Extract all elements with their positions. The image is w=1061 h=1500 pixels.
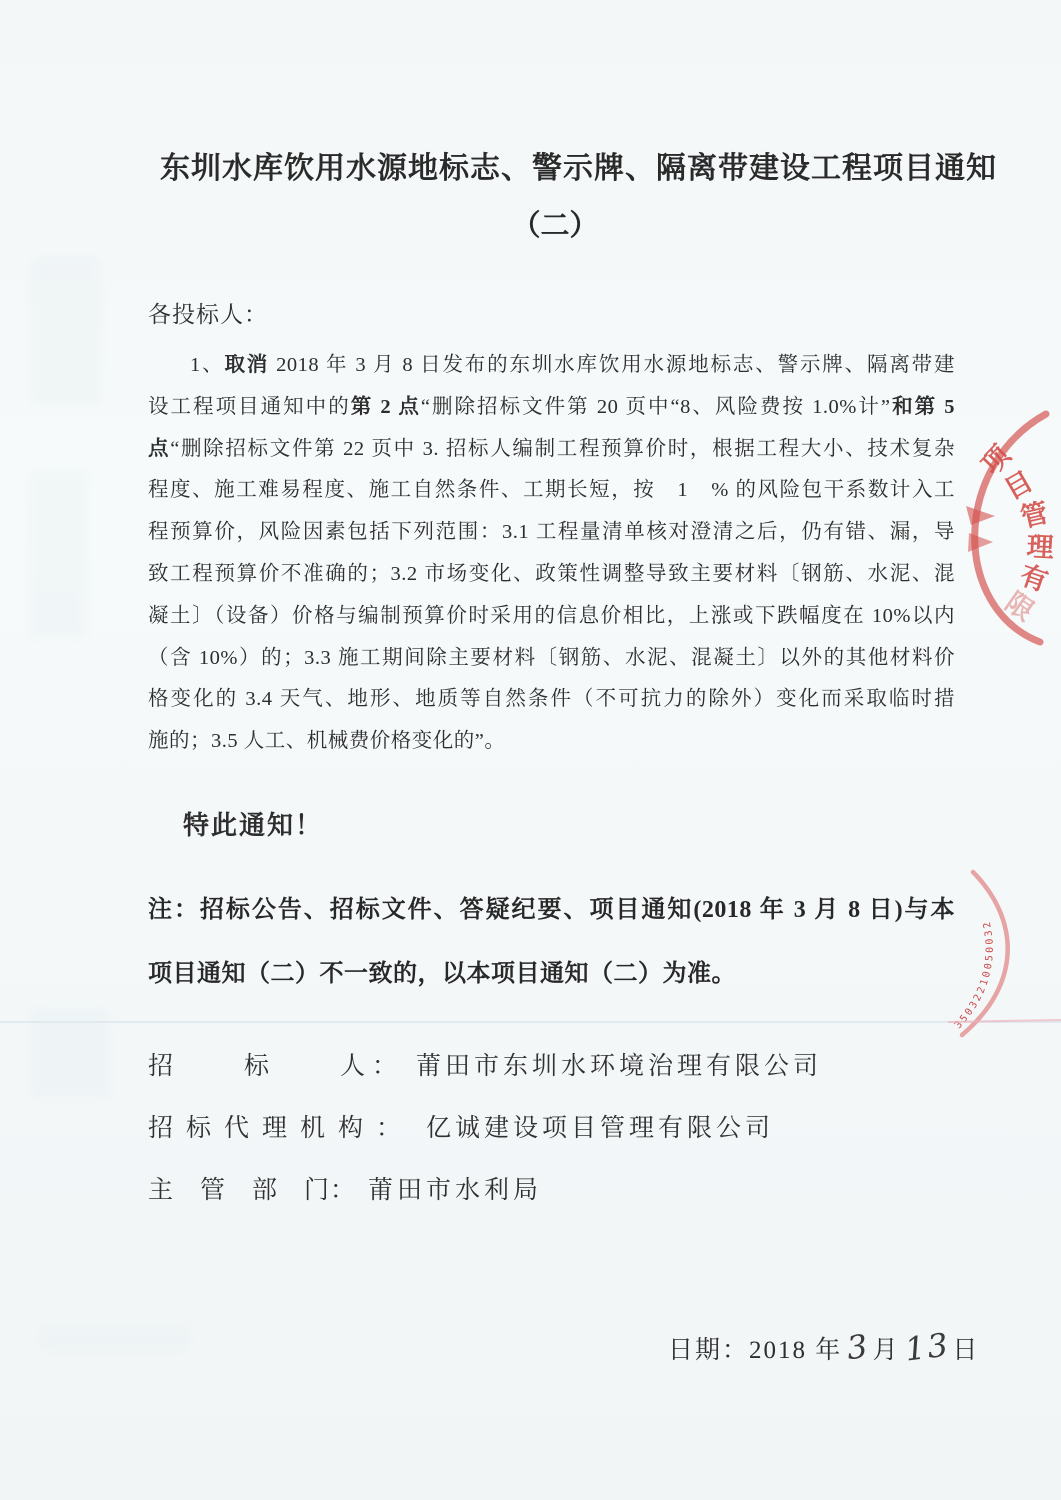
body-line-5: 程预算价，风险因素包括下列范围：3.1 工程量清单核对澄清之后，仍有错、漏，导 [148,512,955,554]
body-line-7: 凝土〕（设备）价格与编制预算价时采用的信息价相比，上涨或下跌幅度在 10%以内 [148,596,955,638]
bleed-through-smudge [30,255,102,405]
tenderee-row: 招 标 人：莆田市东圳水环境治理有限公司 [148,1046,822,1082]
body-line-8: （含 10%）的；3.3 施工期间除主要材料〔钢筋、水泥、混凝土〕以外的其他材料… [148,638,955,680]
body-line-9: 格变化的 3.4 天气、地形、地质等自然条件（不可抗力的除外）变化而采取临时措 [148,679,955,721]
seal-char: 理 [1026,532,1055,563]
date-line: 日期：2018 年3月13日 [668,1330,979,1366]
project-management-seal-stamp: 项 目 管 理 有 限 [950,402,1061,647]
emphasis-cancel: 取消 [224,354,269,376]
agency-row: 招标代理机构：亿诚建设项目管理有限公司 [148,1108,774,1144]
seal-registration-number: 35032210050032 [953,918,996,1031]
tenderee-value: 莆田市东圳水环境治理有限公司 [416,1053,822,1080]
hereby-notice: 特此通知！ [183,805,323,842]
body-line-1: 1、取消 2018 年 3 月 8 日发布的东圳水库饮用水源地标志、警示牌、隔离… [148,345,955,387]
bleed-through-smudge [28,470,88,640]
note-paragraph: 注：招标公告、招标文件、答疑纪要、项目通知(2018 年 3 月 8 日)与本 … [148,878,955,1006]
scanner-artifact-line [0,1021,1061,1023]
seal-star-tip [968,533,993,552]
body-line-2: 设工程项目通知中的第 2 点“删除招标文件第 20 页中“8、风险费按 1.0%… [148,387,955,429]
note-line-1: 注：招标公告、招标文件、答疑纪要、项目通知(2018 年 3 月 8 日)与本 [148,878,955,942]
emphasis-point-5: 和第 5 [891,396,955,418]
emphasis-point-2: 第 2 点 [351,396,421,418]
body-line-6: 致工程预算价不准确的；3.2 市场变化、政策性调整导致主要材料〔钢筋、水泥、混 [148,554,955,596]
body-paragraph: 1、取消 2018 年 3 月 8 日发布的东圳水库饮用水源地标志、警示牌、隔离… [148,345,955,763]
authority-row: 主 管 部 门：莆田市水利局 [148,1170,542,1206]
scanned-document-page: 东圳水库饮用水源地标志、警示牌、隔离带建设工程项目通知 （二） 各投标人： 1、… [0,0,1061,1500]
agency-value: 亿诚建设项目管理有限公司 [426,1115,774,1142]
tenderee-label: 招 标 人： [148,1053,404,1080]
document-title: 东圳水库饮用水源地标志、警示牌、隔离带建设工程项目通知 [160,143,950,187]
document-title-number: （二） [160,203,950,244]
note-line-2: 项目通知（二）不一致的，以本项目通知（二）为准。 [148,942,955,1006]
handwritten-month: 3 [846,1336,871,1359]
agency-label: 招标代理机构： [148,1115,414,1142]
seal-char: 管 [1018,497,1051,533]
authority-label: 主 管 部 门： [148,1177,356,1204]
authority-value: 莆田市水利局 [368,1177,542,1204]
body-line-10: 施的；3.5 人工、机械费价格变化的”。 [148,721,955,763]
body-line-3: 点“删除招标文件第 22 页中 3. 招标人编制工程预算价时，根据工程大小、技术… [148,429,955,471]
date-prefix: 日期：2018 年 [668,1337,842,1364]
handwritten-day: 13 [904,1334,951,1359]
salutation: 各投标人： [148,296,268,329]
bleed-through-smudge [40,1325,190,1351]
seal-number-stamp: 35032210050032 [950,862,1061,1042]
body-line-4: 程度、施工难易程度、施工自然条件、工期长短，按 1 % 的风险包干系数计入工 [148,470,955,512]
